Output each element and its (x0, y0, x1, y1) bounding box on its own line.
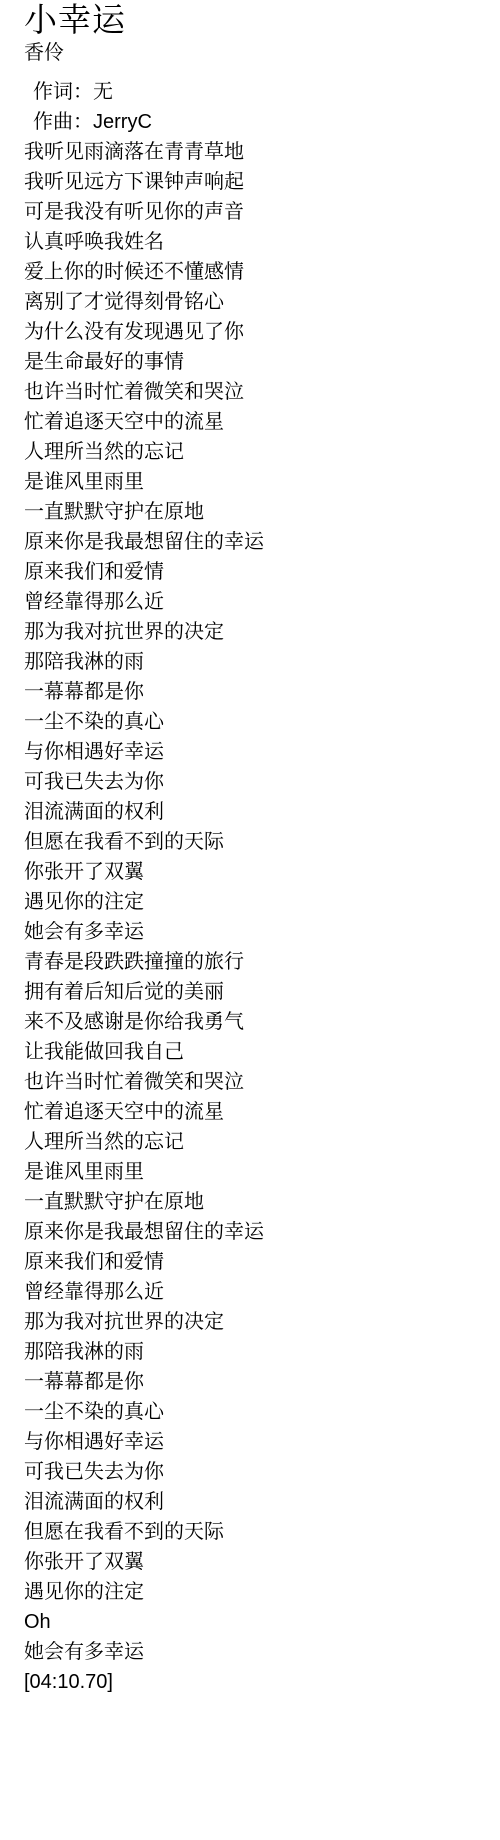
lyric-line: 忙着追逐天空中的流星 (24, 407, 480, 437)
credits-block: 作词：无作曲：JerryC (24, 77, 480, 137)
lyrics-block: 我听见雨滴落在青青草地我听见远方下课钟声响起可是我没有听见你的声音认真呼唤我姓名… (24, 137, 480, 1697)
lyric-line: 是生命最好的事情 (24, 347, 480, 377)
lyric-line: [04:10.70] (24, 1667, 480, 1697)
lyric-line: 是谁风里雨里 (24, 1157, 480, 1187)
lyric-line: 原来我们和爱情 (24, 1247, 480, 1277)
lyric-line: 那为我对抗世界的决定 (24, 1307, 480, 1337)
lyric-line: 可我已失去为你 (24, 1457, 480, 1487)
lyric-line: 认真呼唤我姓名 (24, 227, 480, 257)
lyric-line: 她会有多幸运 (24, 917, 480, 947)
lyric-line: 忙着追逐天空中的流星 (24, 1097, 480, 1127)
lyric-line: 泪流满面的权利 (24, 1487, 480, 1517)
lyric-line: 我听见远方下课钟声响起 (24, 167, 480, 197)
lyric-line: 那陪我淋的雨 (24, 647, 480, 677)
lyric-line: 原来我们和爱情 (24, 557, 480, 587)
lyric-line: 你张开了双翼 (24, 1547, 480, 1577)
lyric-line: 一幕幕都是你 (24, 1367, 480, 1397)
lyric-line: Oh (24, 1607, 480, 1637)
artist-name: 香伶 (24, 40, 480, 66)
lyric-line: 她会有多幸运 (24, 1637, 480, 1667)
credit-line: 作词：无 (24, 77, 480, 107)
lyric-line: 原来你是我最想留住的幸运 (24, 527, 480, 557)
song-title: 小幸运 (24, 0, 480, 40)
lyric-line: 来不及感谢是你给我勇气 (24, 1007, 480, 1037)
lyric-line: 也许当时忙着微笑和哭泣 (24, 1067, 480, 1097)
lyric-line: 但愿在我看不到的天际 (24, 1517, 480, 1547)
lyric-line: 曾经靠得那么近 (24, 1277, 480, 1307)
lyric-line: 遇见你的注定 (24, 1577, 480, 1607)
lyric-line: 可是我没有听见你的声音 (24, 197, 480, 227)
lyric-line: 一直默默守护在原地 (24, 1187, 480, 1217)
lyric-line: 拥有着后知后觉的美丽 (24, 977, 480, 1007)
lyric-line: 为什么没有发现遇见了你 (24, 317, 480, 347)
lyric-line: 我听见雨滴落在青青草地 (24, 137, 480, 167)
lyric-line: 与你相遇好幸运 (24, 737, 480, 767)
lyric-line: 青春是段跌跌撞撞的旅行 (24, 947, 480, 977)
lyric-line: 但愿在我看不到的天际 (24, 827, 480, 857)
lyric-line: 爱上你的时候还不懂感情 (24, 257, 480, 287)
lyric-line: 离别了才觉得刻骨铭心 (24, 287, 480, 317)
lyric-line: 一尘不染的真心 (24, 1397, 480, 1427)
lyric-line: 曾经靠得那么近 (24, 587, 480, 617)
lyric-line: 泪流满面的权利 (24, 797, 480, 827)
lyric-line: 人理所当然的忘记 (24, 437, 480, 467)
lyric-line: 遇见你的注定 (24, 887, 480, 917)
lyric-line: 人理所当然的忘记 (24, 1127, 480, 1157)
lyric-line: 一直默默守护在原地 (24, 497, 480, 527)
lyrics-page: 小幸运 香伶 作词：无作曲：JerryC 我听见雨滴落在青青草地我听见远方下课钟… (0, 0, 500, 1697)
lyric-line: 是谁风里雨里 (24, 467, 480, 497)
lyric-line: 你张开了双翼 (24, 857, 480, 887)
lyric-line: 与你相遇好幸运 (24, 1427, 480, 1457)
lyric-line: 那陪我淋的雨 (24, 1337, 480, 1367)
credit-line: 作曲：JerryC (24, 107, 480, 137)
lyric-line: 让我能做回我自己 (24, 1037, 480, 1067)
lyric-line: 也许当时忙着微笑和哭泣 (24, 377, 480, 407)
lyric-line: 可我已失去为你 (24, 767, 480, 797)
lyric-line: 原来你是我最想留住的幸运 (24, 1217, 480, 1247)
lyric-line: 一幕幕都是你 (24, 677, 480, 707)
lyric-line: 一尘不染的真心 (24, 707, 480, 737)
lyric-line: 那为我对抗世界的决定 (24, 617, 480, 647)
